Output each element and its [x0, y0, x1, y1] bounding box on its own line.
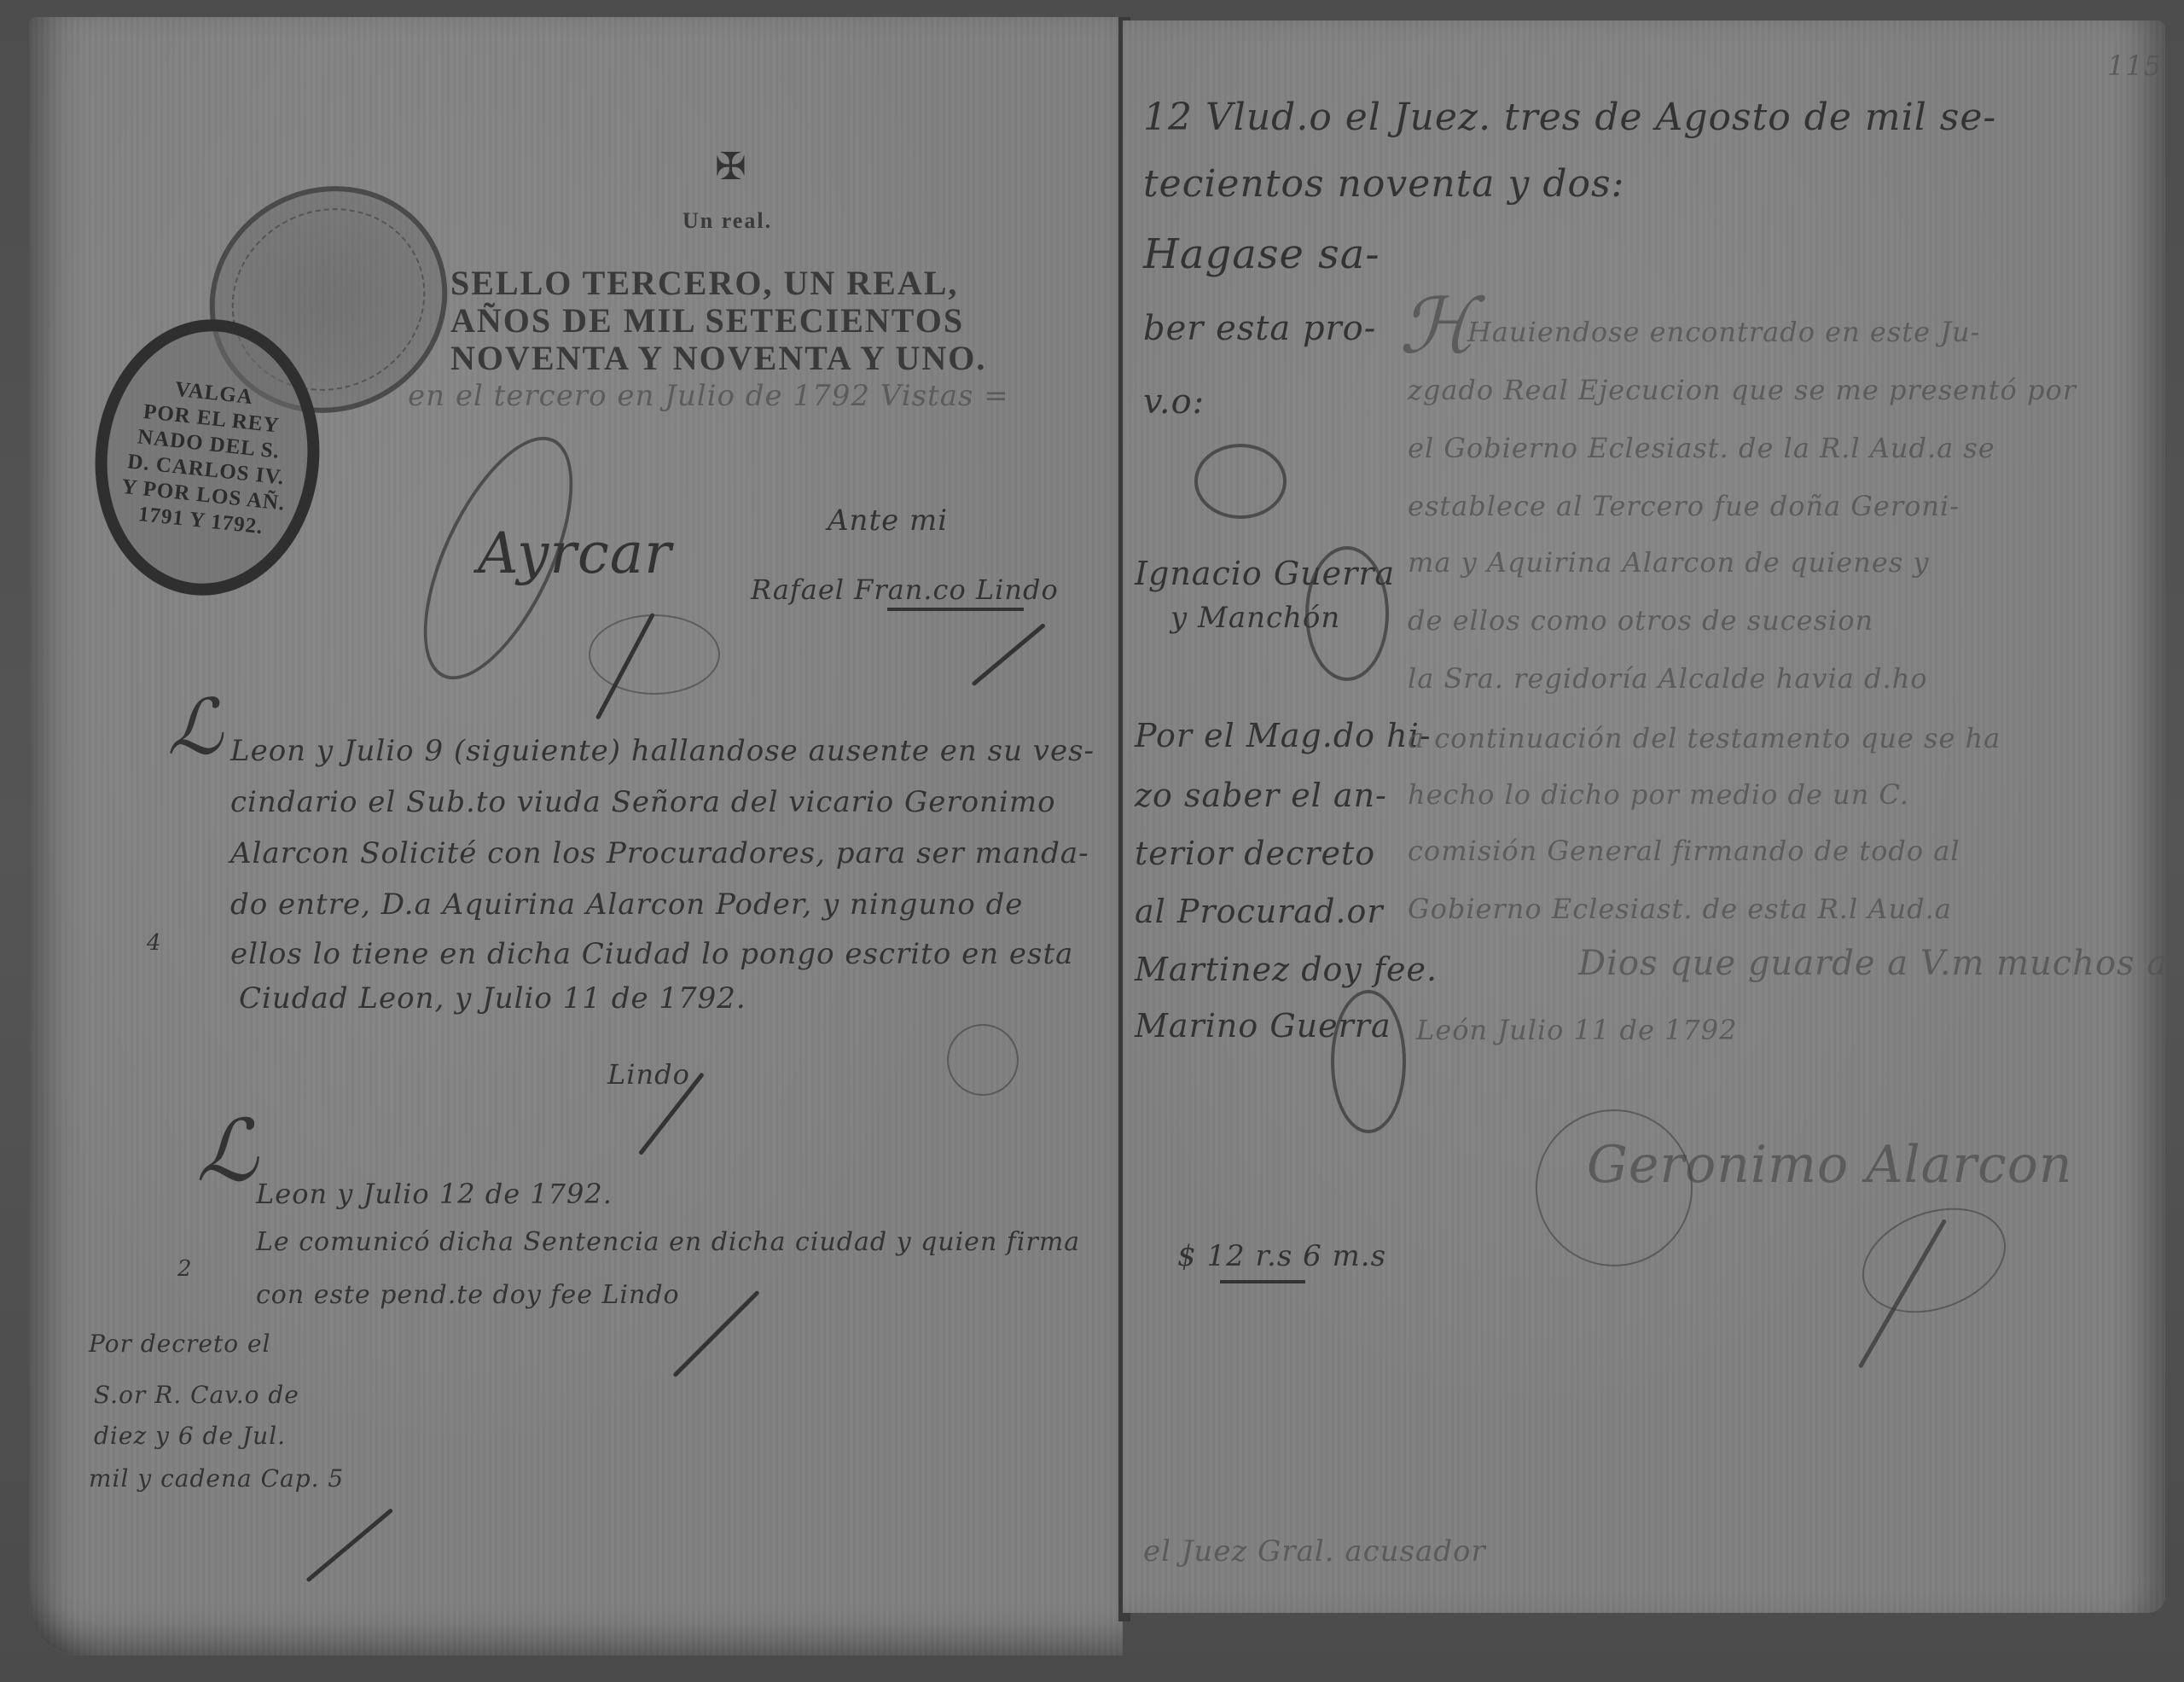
letter-line-4: establece al Tercero fue doña Geroni-	[1408, 490, 1960, 522]
handwritten-header: en el tercero en Julio de 1792 Vistas =	[408, 379, 1009, 413]
margin-note-line-2: S.or R. Cav.o de	[94, 1381, 299, 1409]
right-header-line-2: tecientos noventa y dos:	[1143, 162, 1624, 206]
letter-date: León Julio 11 de 1792	[1416, 1014, 1738, 1046]
signature-flourish	[1305, 546, 1389, 681]
letter-line-9: hecho lo dicho por medio de un C.	[1408, 778, 1909, 811]
notification-line-4: al Procurad.or	[1135, 893, 1384, 930]
faded-flourish	[947, 1024, 1019, 1096]
notification-line-5: Martinez doy fee.	[1135, 951, 1438, 988]
decree-line-1: Hagase sa-	[1143, 230, 1380, 278]
printed-heading-line-3: NOVENTA Y NOVENTA Y UNO.	[450, 338, 986, 378]
rubric-flourish	[1194, 444, 1287, 519]
body-line-6: Ciudad Leon, y Julio 11 de 1792.	[239, 981, 746, 1016]
margin-note-line-1: Por decreto el	[89, 1330, 271, 1358]
printed-heading-line-1: SELLO TERCERO, UN REAL,	[450, 263, 958, 303]
printed-price: Un real.	[682, 208, 772, 234]
margin-note-line-4: mil y cadena Cap. 5	[89, 1464, 344, 1493]
attestation-ante-mi: Ante mi	[828, 503, 948, 538]
fee-note: $ 12 r.s 6 m.s	[1177, 1239, 1386, 1273]
letter-line-2: zgado Real Ejecucion que se me presentó …	[1408, 374, 2077, 406]
letter-line-8: a continuación del testamento que se ha	[1408, 722, 2001, 754]
second-entry-line-1: Leon y Julio 12 de 1792.	[256, 1178, 613, 1210]
letter-line-6: de ellos como otros de sucesion	[1408, 604, 1873, 637]
letter-line-5: ma y Aquirina Alarcon de quienes y	[1408, 546, 1929, 579]
fee-underline	[1220, 1280, 1305, 1283]
maltese-cross-icon: ✠	[715, 145, 746, 189]
letter-line-11: Gobierno Eclesiast. de esta R.l Aud.a	[1408, 893, 1952, 925]
body-line-5: ellos lo tiene en dicha Ciudad lo pongo …	[230, 937, 1073, 971]
margin-number: 2	[177, 1256, 193, 1282]
signature-lindo: Lindo	[607, 1058, 690, 1091]
decree-line-2: ber esta pro-	[1143, 309, 1376, 348]
letter-line-7: la Sra. regidoría Alcalde havia d.ho	[1408, 662, 1928, 695]
signature-flourish	[1331, 990, 1406, 1133]
notification-line-3: terior decreto	[1135, 835, 1375, 872]
body-line-1: Leon y Julio 9 (siguiente) hallandose au…	[230, 734, 1095, 768]
margin-number: 4	[147, 930, 162, 956]
initial-L: ℒ	[167, 683, 224, 772]
signature-flourish	[589, 614, 720, 695]
attestation-name: Rafael Fran.co Lindo	[751, 573, 1059, 606]
notification-line-1: Por el Mag.do hi-	[1135, 717, 1432, 754]
initial-L-2: ℒ	[196, 1101, 258, 1201]
attestation-underline	[887, 608, 1024, 611]
folio-number: 115	[2107, 49, 2162, 82]
letter-line-3: el Gobierno Eclesiast. de la R.l Aud.a s…	[1408, 432, 1995, 464]
margin-note-line-3: diez y 6 de Jul.	[94, 1422, 286, 1450]
letter-line-1: Hauiendose encontrado en este Ju-	[1467, 316, 1980, 348]
printed-heading-line-2: AÑOS DE MIL SETECIENTOS	[450, 300, 964, 340]
letter-line-10: comisión General firmando de todo al	[1408, 835, 1960, 867]
notification-line-2: zo saber el an-	[1135, 777, 1387, 814]
second-entry-line-2: Le comunicó dicha Sentencia en dicha ciu…	[256, 1227, 1080, 1257]
body-line-3: Alarcon Solicité con los Procuradores, p…	[230, 836, 1089, 870]
right-header-line-1: 12 Vlud.o el Juez. tres de Agosto de mil…	[1143, 96, 1996, 139]
body-line-4: do entre, D.a Aquirina Alarcon Poder, y …	[230, 888, 1023, 922]
second-entry-line-3: con este pend.te doy fee Lindo	[256, 1280, 680, 1310]
initial-H: ℋ	[1399, 282, 1476, 371]
footer-note: el Juez Gral. acusador	[1143, 1534, 1486, 1569]
letter-closing: Dios que guarde a V.m muchos años	[1578, 944, 2184, 983]
body-line-2: cindario el Sub.to viuda Señora del vica…	[230, 785, 1056, 819]
decree-line-3: v.o:	[1143, 382, 1205, 422]
